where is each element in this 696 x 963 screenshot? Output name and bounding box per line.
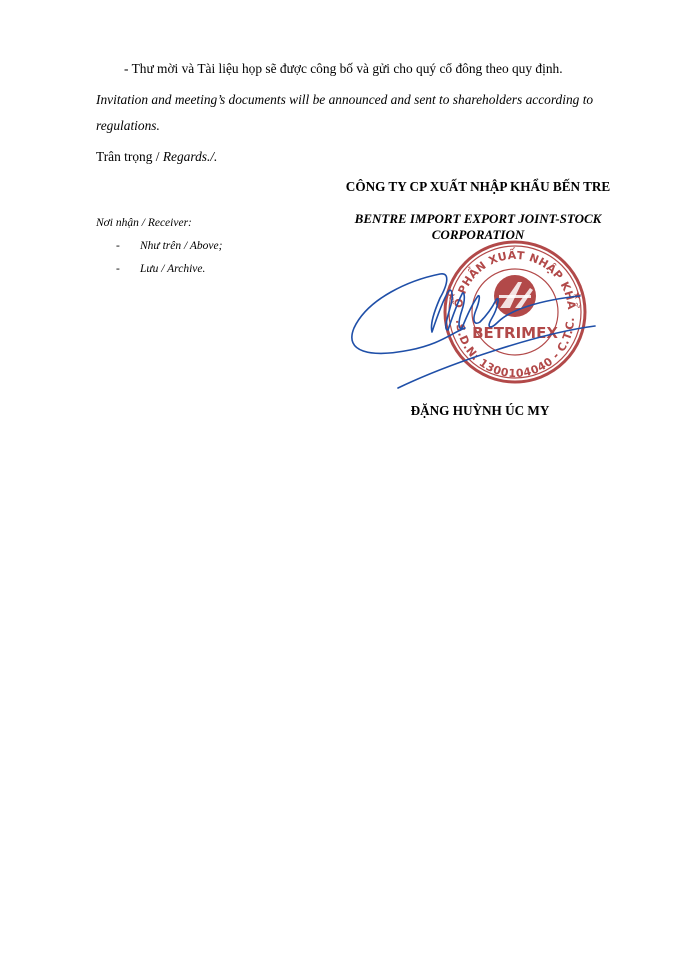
company-name-vn: CÔNG TY CP XUẤT NHẬP KHẨU BẾN TRE xyxy=(334,179,622,195)
receiver-item: - Lưu / Archive. xyxy=(96,258,222,281)
company-stamp-with-signature: CÔNG TY CỔ PHẦN XUẤT NHẬP KHẨU BẾN TRE M… xyxy=(340,238,600,403)
stamp-brand: BETRIMEX xyxy=(472,324,558,342)
receiver-bullet: - xyxy=(116,235,140,258)
receiver-item-text: Như trên / Above; xyxy=(140,235,222,258)
receiver-title: Nơi nhận / Receiver: xyxy=(96,212,222,235)
closing: Trân trọng / Regards./. xyxy=(96,149,217,165)
receiver-item: - Như trên / Above; xyxy=(96,235,222,258)
signer-name: ĐẶNG HUỲNH ÚC MY xyxy=(380,403,580,419)
closing-en: Regards./. xyxy=(163,149,218,164)
receiver-item-text: Lưu / Archive. xyxy=(140,258,205,281)
en-note-line-2: regulations. xyxy=(96,118,160,134)
en-note-line-1: Invitation and meeting’s documents will … xyxy=(96,92,593,108)
receiver-block: Nơi nhận / Receiver: - Như trên / Above;… xyxy=(96,212,222,281)
receiver-bullet: - xyxy=(116,258,140,281)
vn-note: - Thư mời và Tài liệu họp sẽ được công b… xyxy=(124,61,563,77)
closing-vn: Trân trọng / xyxy=(96,149,163,164)
